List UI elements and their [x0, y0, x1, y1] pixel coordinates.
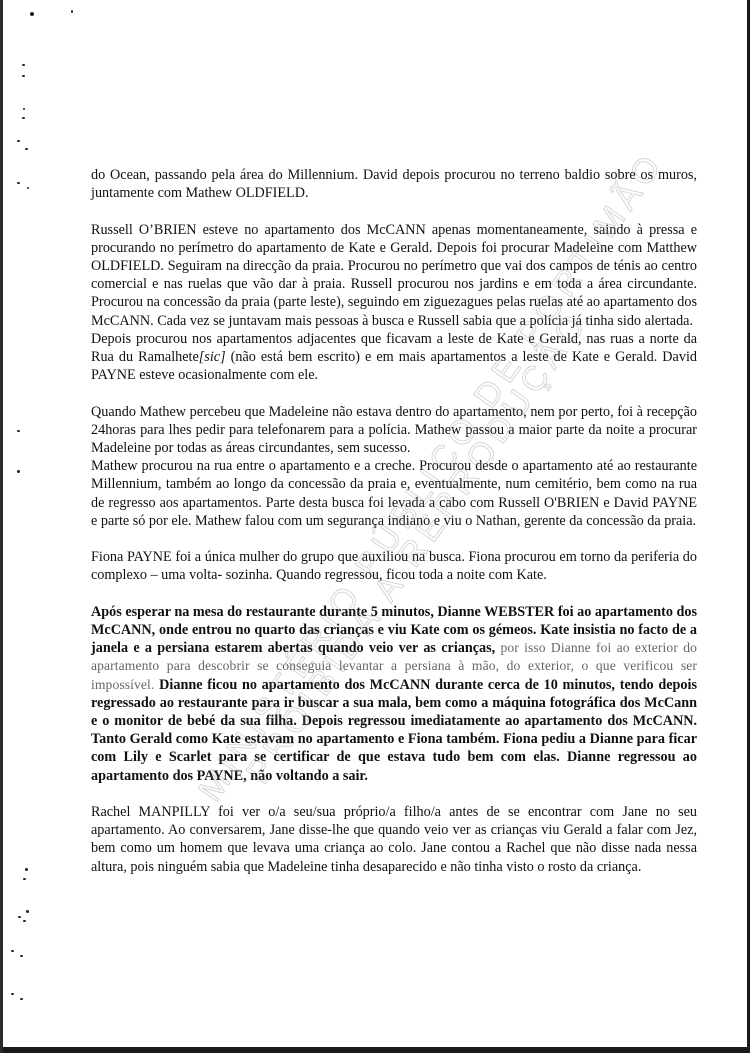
- scan-speck: [17, 182, 20, 184]
- paragraph-mathew-search: Mathew procurou na rua entre o apartamen…: [91, 457, 697, 530]
- scan-speck: [11, 950, 14, 952]
- scan-speck: [23, 108, 25, 110]
- document-body: do Ocean, passando pela área do Millenni…: [91, 166, 697, 894]
- paragraph-russell-search: Russell O’BRIEN esteve no apartamento do…: [91, 221, 697, 330]
- scan-speck: [22, 117, 25, 119]
- scan-speck: [11, 993, 14, 995]
- paragraph-rachel-manpilly: Rachel MANPILLY foi ver o/a seu/sua próp…: [91, 803, 697, 876]
- scan-speck: [25, 868, 28, 871]
- scan-speck: [17, 430, 20, 432]
- scanned-page: do Ocean, passando pela área do Millenni…: [3, 0, 747, 1047]
- scan-speck: [23, 920, 26, 922]
- scan-speck: [22, 64, 25, 66]
- text-segment-bold: Dianne ficou no apartamento dos McCANN d…: [91, 677, 697, 784]
- paragraph-mathew-reception: Quando Mathew percebeu que Madeleine não…: [91, 403, 697, 458]
- scan-speck: [26, 910, 29, 913]
- scan-speck: [17, 470, 20, 473]
- paragraph-russell-apartments: Depois procurou nos apartamentos adjacen…: [91, 330, 697, 385]
- paragraph-fiona-search: Fiona PAYNE foi a única mulher do grupo …: [91, 548, 697, 584]
- scan-speck: [17, 140, 20, 142]
- scan-speck: [20, 998, 23, 1000]
- scan-speck: [20, 955, 23, 957]
- scan-speck: [25, 148, 28, 150]
- sic-annotation: [sic]: [199, 349, 226, 365]
- scan-speck: [22, 75, 25, 77]
- scan-speck: [30, 12, 34, 16]
- scan-speck: [27, 187, 29, 189]
- paragraph-ocean-search: do Ocean, passando pela área do Millenni…: [91, 166, 697, 202]
- scan-speck: [23, 878, 26, 880]
- paragraph-dianne-webster: Após esperar na mesa do restaurante dura…: [91, 603, 697, 785]
- scan-speck: [71, 10, 73, 13]
- scan-speck: [18, 916, 21, 918]
